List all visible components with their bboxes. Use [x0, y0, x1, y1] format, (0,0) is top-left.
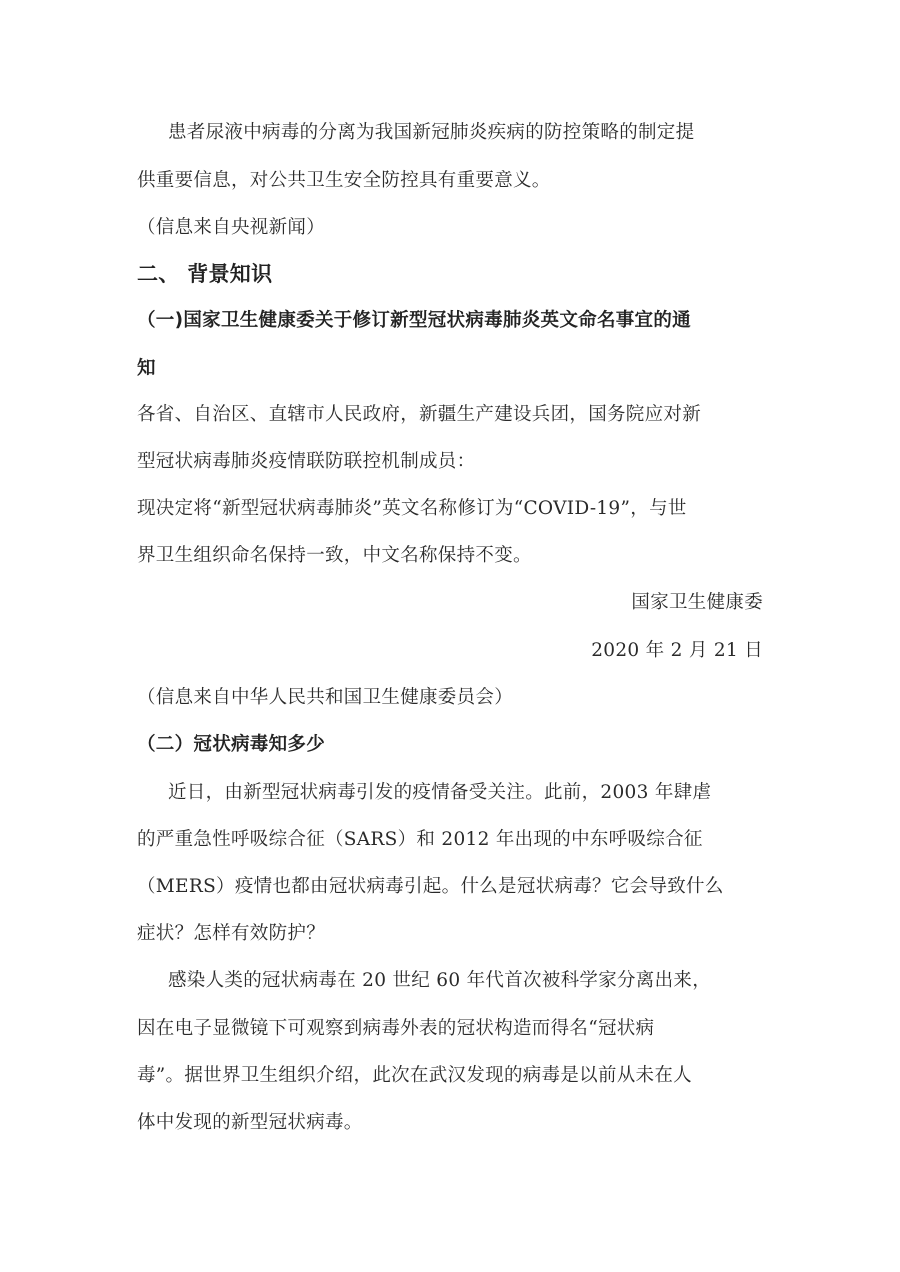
notice-body-line-1: 现决定将“新型冠状病毒肺炎”英文名称修订为“COVID-19”，与世 [137, 500, 687, 519]
subsection-1-title-line-2: 知 [137, 360, 156, 379]
notice-body-line-2: 界卫生组织命名保持一致，中文名称保持不变。 [137, 547, 532, 566]
section-heading-background: 二、 背景知识 [137, 264, 272, 285]
subsection-2-title: （二）冠状病毒知多少 [137, 736, 325, 755]
notice-signature: 国家卫生健康委 [631, 594, 763, 613]
para2-line-2: 因在电子显微镜下可观察到病毒外表的冠状构造而得名“冠状病 [137, 1020, 654, 1039]
para1-line-3: （MERS）疫情也都由冠状病毒引起。什么是冠状病毒？它会导致什么 [137, 878, 724, 897]
intro-line-2: 供重要信息，对公共卫生安全防控具有重要意义。 [137, 172, 551, 191]
para1-line-4: 症状？怎样有效防护？ [137, 925, 325, 944]
subsection-1-title-line-1: （一)国家卫生健康委关于修订新型冠状病毒肺炎英文命名事宜的通 [137, 312, 691, 331]
notice-addressee-line-2: 型冠状病毒肺炎疫情联防联控机制成员： [137, 453, 475, 472]
para2-line-1: 感染人类的冠状病毒在 20 世纪 60 年代首次被科学家分离出来， [168, 972, 711, 991]
para1-line-2: 的严重急性呼吸综合征（SARS）和 2012 年出现的中东呼吸综合征 [137, 831, 703, 850]
intro-source: （信息来自央视新闻） [137, 219, 325, 238]
intro-line-1: 患者尿液中病毒的分离为我国新冠肺炎疾病的防控策略的制定提 [168, 124, 694, 143]
para2-line-4: 体中发现的新型冠状病毒。 [137, 1114, 363, 1133]
para1-line-1: 近日，由新型冠状病毒引发的疫情备受关注。此前，2003 年肆虐 [168, 784, 711, 803]
notice-addressee-line-1: 各省、自治区、直辖市人民政府，新疆生产建设兵团，国务院应对新 [137, 406, 701, 425]
notice-date: 2020 年 2 月 21 日 [591, 642, 763, 661]
notice-source: （信息来自中华人民共和国卫生健康委员会） [137, 689, 513, 708]
para2-line-3: 毒”。据世界卫生组织介绍，此次在武汉发现的病毒是以前从未在人 [137, 1067, 692, 1086]
